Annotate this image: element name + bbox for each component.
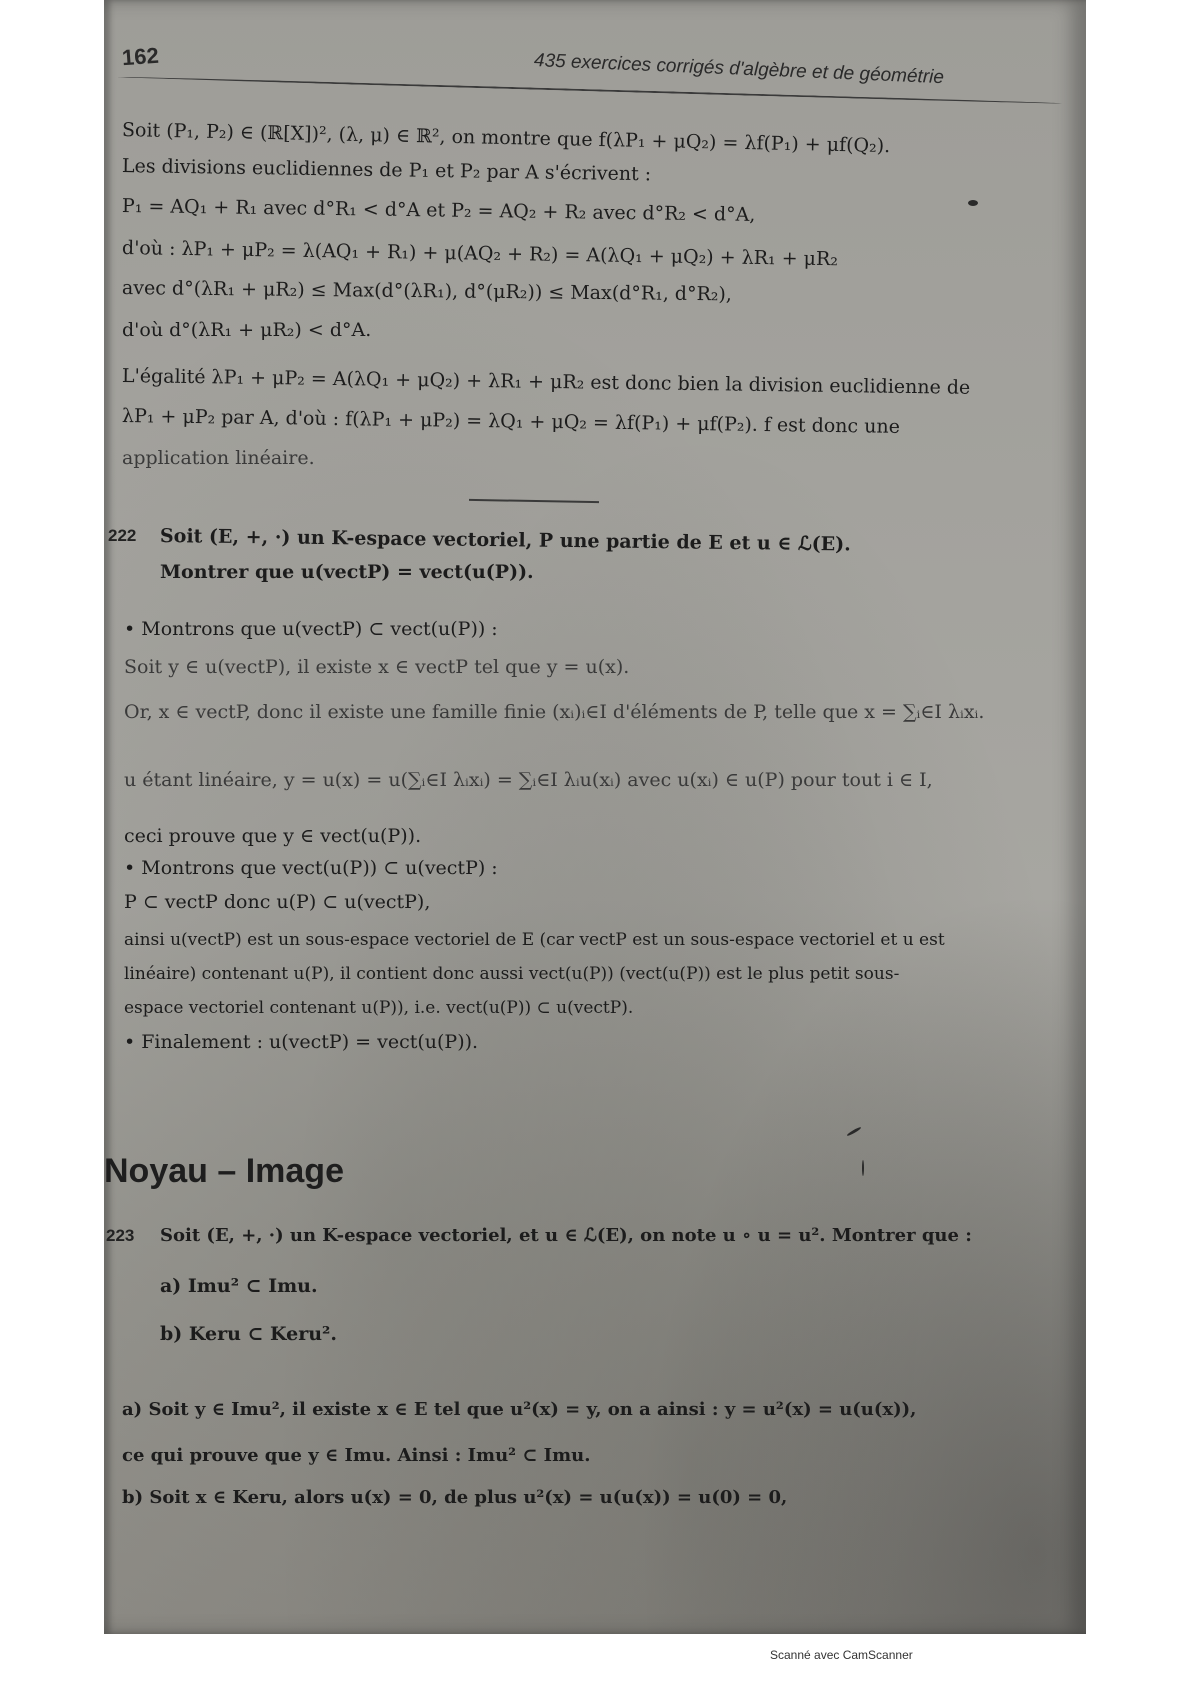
solution-line: u étant linéaire, y = u(x) = u(∑ᵢ∈I λᵢxᵢ…: [124, 768, 933, 792]
pen-mark: [846, 1126, 861, 1137]
scanned-book-page: 162 435 exercices corrigés d'algèbre et …: [104, 0, 1086, 1634]
proof-line: Soit (P₁, P₂) ∈ (ℝ[X])², (λ, μ) ∈ ℝ², on…: [122, 118, 891, 158]
exercise-statement: Soit (E, +, ·) un K-espace vectoriel, P …: [160, 524, 851, 556]
solution-line: linéaire) contenant u(P), il contient do…: [124, 962, 899, 986]
proof-line: P₁ = AQ₁ + R₁ avec d°R₁ < d°A et P₂ = AQ…: [122, 194, 756, 227]
solution-line: • Montrons que u(vectP) ⊂ vect(u(P)) :: [124, 617, 498, 641]
solution-line: P ⊂ vectP donc u(P) ⊂ u(vectP),: [124, 890, 430, 914]
proof-line: avec d°(λR₁ + μR₂) ≤ Max(d°(λR₁), d°(μR₂…: [122, 276, 732, 306]
solution-line: ainsi u(vectP) est un sous-espace vector…: [124, 928, 945, 952]
solution-line: Soit y ∈ u(vectP), il existe x ∈ vectP t…: [124, 655, 629, 679]
solution-line: ce qui prouve que y ∈ Imu. Ainsi : Imu² …: [122, 1444, 591, 1468]
proof-line: d'où : λP₁ + μP₂ = λ(AQ₁ + R₁) + μ(AQ₂ +…: [122, 236, 838, 271]
proof-line: Les divisions euclidiennes de P₁ et P₂ p…: [122, 154, 652, 186]
solution-line: • Montrons que vect(u(P)) ⊂ u(vectP) :: [124, 856, 498, 880]
solution-line: Or, x ∈ vectP, donc il existe une famill…: [124, 700, 984, 724]
exercise-statement: a) Imu² ⊂ Imu.: [160, 1274, 318, 1298]
exercise-statement: Montrer que u(vectP) = vect(u(P)).: [160, 560, 534, 584]
scanner-watermark: Scanné avec CamScanner: [770, 1648, 913, 1662]
exercise-number: 222: [108, 526, 136, 546]
solution-line: a) Soit y ∈ Imu², il existe x ∈ E tel qu…: [122, 1398, 916, 1422]
proof-line: d'où d°(λR₁ + μR₂) < d°A.: [122, 318, 371, 342]
exercise-statement: Soit (E, +, ·) un K-espace vectoriel, et…: [160, 1224, 972, 1248]
page-number: 162: [121, 43, 159, 71]
proof-line: L'égalité λP₁ + μP₂ = A(λQ₁ + μQ₂) + λR₁…: [122, 364, 971, 400]
proof-line: application linéaire.: [122, 446, 315, 470]
solution-line: ceci prouve que y ∈ vect(u(P)).: [124, 824, 421, 848]
running-title: 435 exercices corrigés d'algèbre et de g…: [534, 50, 945, 89]
proof-line: λP₁ + μP₂ par A, d'où : f(λP₁ + μP₂) = λ…: [122, 404, 900, 439]
ink-speck: [968, 200, 978, 206]
solution-line: b) Soit x ∈ Keru, alors u(x) = 0, de plu…: [122, 1486, 787, 1510]
solution-line: • Finalement : u(vectP) = vect(u(P)).: [124, 1030, 478, 1054]
exercise-number: 223: [106, 1226, 134, 1246]
exercise-statement: b) Keru ⊂ Keru².: [160, 1322, 337, 1346]
solution-line: espace vectoriel contenant u(P)), i.e. v…: [124, 996, 633, 1020]
section-divider: [469, 499, 599, 503]
section-title: Noyau – Image: [104, 1152, 344, 1191]
pen-mark: [862, 1160, 864, 1176]
